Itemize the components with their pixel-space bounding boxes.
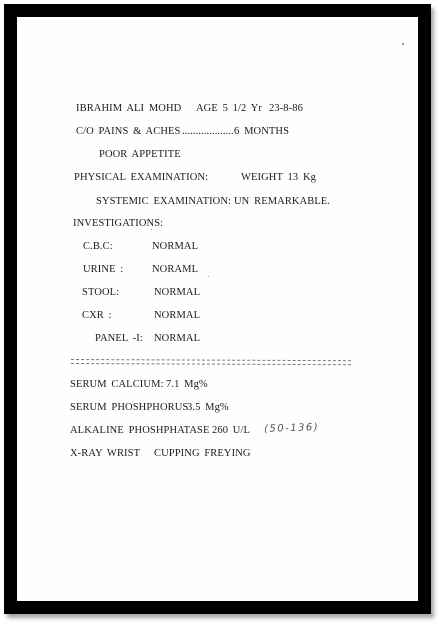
investigation-value: NORAML	[152, 264, 198, 276]
systemic-exam-value: UN REMARKABLE.	[234, 196, 330, 208]
complaint-label: C/O PAINS & ACHES	[76, 126, 180, 138]
investigation-label: C.B.C:	[83, 241, 113, 253]
scan-speck	[208, 276, 209, 277]
scan-speck	[402, 43, 404, 45]
lab-label: ALKALINE PHOSHPHATASE	[70, 425, 209, 437]
investigation-label: STOOL:	[82, 287, 119, 299]
physical-exam-label: PHYSICAL EXAMINATION:	[74, 172, 208, 184]
complaint-duration: 6 MONTHS	[234, 126, 289, 138]
document-page: IBRAHIM ALI MOHD AGE 5 1/2 Yr 23-8-86 C/…	[17, 17, 418, 601]
patient-age: AGE 5 1/2 Yr	[196, 103, 262, 115]
lab-label: X-RAY WRIST	[70, 448, 140, 460]
lab-label: SERUM PHOSHPHORUS	[70, 402, 188, 414]
complaint-secondary: POOR APPETITE	[99, 149, 181, 161]
handwritten-reference-range: (50-136)	[264, 422, 320, 435]
investigation-value: NORMAL	[154, 287, 200, 299]
investigation-label: CXR :	[82, 310, 112, 322]
systemic-exam-label: SYSTEMIC EXAMINATION:	[96, 196, 231, 208]
complaint-dots: ...................	[182, 126, 234, 138]
lab-value: 7.1 Mg%	[166, 379, 208, 391]
lab-value: 260 U/L	[212, 425, 250, 437]
scan-speck	[151, 229, 152, 230]
investigation-value: NORMAL	[154, 333, 200, 345]
lab-value: CUPPING FREYING	[154, 448, 251, 460]
investigation-label: PANEL -I:	[95, 333, 143, 345]
lab-value: 3.5 Mg%	[187, 402, 229, 414]
report-date: 23-8-86	[269, 103, 303, 115]
lab-label: SERUM CALCIUM:	[70, 379, 164, 391]
investigation-value: NORMAL	[152, 241, 198, 253]
weight-value: WEIGHT 13 Kg	[241, 172, 316, 184]
investigations-heading: INVESTIGATIONS:	[73, 218, 163, 230]
document-frame: IBRAHIM ALI MOHD AGE 5 1/2 Yr 23-8-86 C/…	[4, 4, 431, 614]
patient-name: IBRAHIM ALI MOHD	[76, 103, 181, 115]
section-separator	[71, 359, 351, 365]
investigation-label: URINE :	[83, 264, 123, 276]
investigation-value: NORMAL	[154, 310, 200, 322]
